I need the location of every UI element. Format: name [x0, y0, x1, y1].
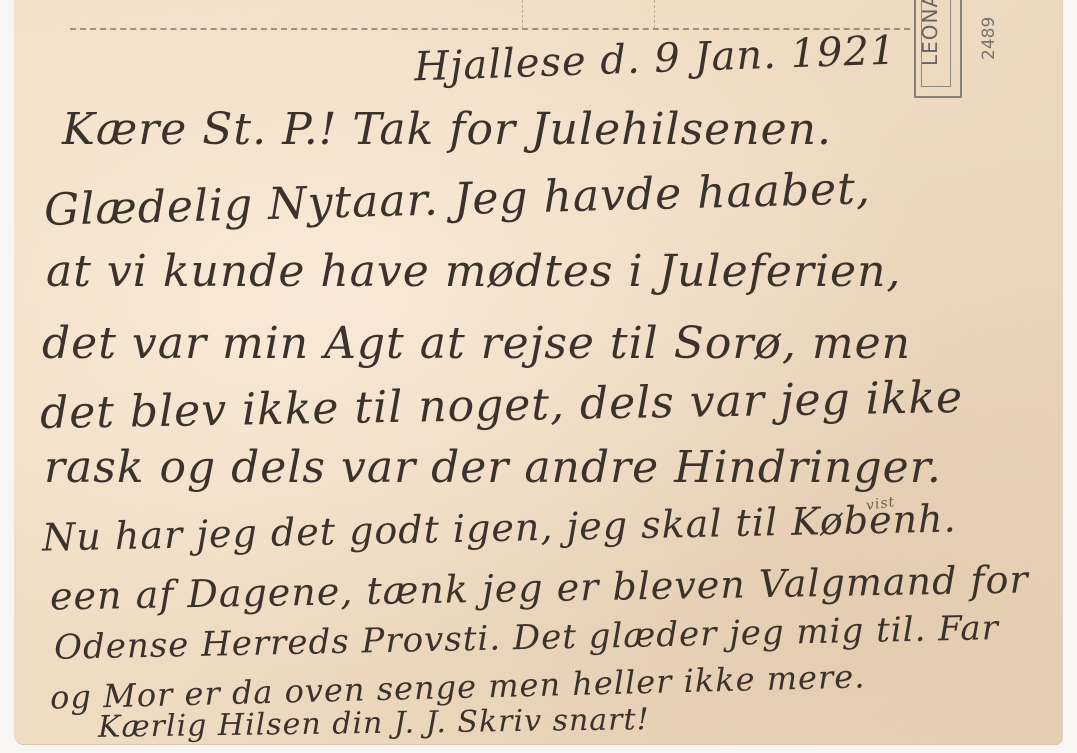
divider-tick	[522, 0, 523, 28]
letter-line: det var min Agt at rejse til Sorø, men	[42, 318, 911, 369]
divider-tick	[654, 0, 655, 28]
stamp-number: 2489	[979, 17, 999, 60]
letter-line: een af Dagene, tænk jeg er bleven Valgma…	[50, 557, 1029, 618]
letter-line: at vi kunde have mødtes i Juleferien,	[46, 246, 901, 297]
letter-line: rask og dels var der andre Hindringer.	[44, 442, 942, 493]
letter-line: Nu har jeg det godt igen, jeg skal til K…	[42, 496, 957, 559]
letter-line: Kære St. P.! Tak for Julehilsenen.	[62, 104, 832, 155]
letter-line: Glædelig Nytaar. Jeg havde haabet,	[43, 163, 871, 236]
dateline: Hjallese d. 9 Jan. 1921	[413, 28, 897, 91]
postcard: LEONA 2489 Hjallese d. 9 Jan. 1921 Kære …	[14, 0, 1062, 744]
stamp-text: LEONA	[918, 0, 942, 66]
address-divider-line	[70, 28, 910, 30]
letter-line: det blev ikke til noget, dels var jeg ik…	[40, 372, 964, 439]
closing-signature-line: Kærlig Hilsen din J. J. Skriv snart!	[98, 702, 650, 745]
publisher-stamp: LEONA	[914, 0, 962, 98]
